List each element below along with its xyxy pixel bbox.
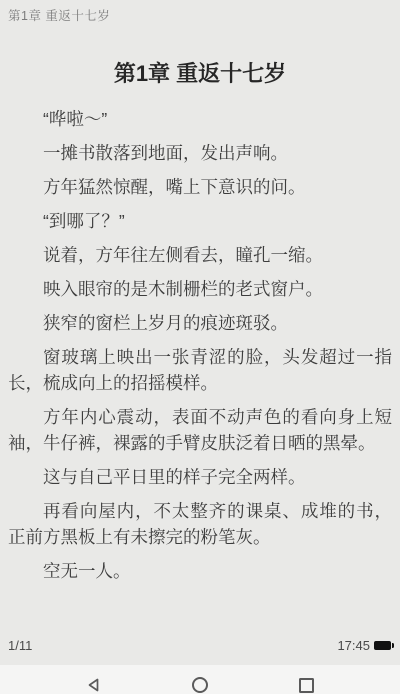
recents-square-icon	[299, 678, 314, 693]
paragraph: 一摊书散落到地面，发出声响。	[8, 140, 392, 166]
paragraph: 再看向屋内，不太整齐的课桌、成堆的书，正前方黑板上有未擦完的粉笔灰。	[8, 498, 392, 550]
home-circle-icon	[192, 677, 208, 693]
chapter-title: 第1章 重返十七岁	[8, 60, 392, 88]
paragraph: “哗啦～”	[8, 106, 392, 132]
paragraph: “到哪了？”	[8, 208, 392, 234]
back-button[interactable]	[82, 673, 106, 693]
reading-area[interactable]: 第1章 重返十七岁 第1章 重返十七岁 “哗啦～”一摊书散落到地面，发出声响。方…	[0, 0, 400, 665]
paragraph: 映入眼帘的是木制栅栏的老式窗户。	[8, 276, 392, 302]
back-triangle-icon	[86, 677, 102, 693]
paragraph: 这与自己平日里的样子完全两样。	[8, 464, 392, 490]
recents-button[interactable]	[294, 673, 318, 693]
paragraph: 空无一人。	[8, 558, 392, 584]
android-navigation-bar	[0, 665, 400, 694]
chapter-body: “哗啦～”一摊书散落到地面，发出声响。方年猛然惊醒，嘴上下意识的问。“到哪了？”…	[8, 106, 392, 584]
battery-icon	[374, 641, 391, 650]
reader-footer: 1/11 17:45	[8, 638, 394, 653]
chapter-header: 第1章 重返十七岁	[8, 8, 392, 24]
paragraph: 方年内心震动，表面不动声色的看向身上短袖，牛仔裤，裸露的手臂皮肤泛着日晒的黑晕。	[8, 404, 392, 456]
paragraph: 说着，方年往左侧看去，瞳孔一缩。	[8, 242, 392, 268]
reader-screen: 第1章 重返十七岁 第1章 重返十七岁 “哗啦～”一摊书散落到地面，发出声响。方…	[0, 0, 400, 694]
paragraph: 狭窄的窗栏上岁月的痕迹斑驳。	[8, 310, 392, 336]
battery-nub	[392, 643, 395, 648]
paragraph: 方年猛然惊醒，嘴上下意识的问。	[8, 174, 392, 200]
paragraph: 窗玻璃上映出一张青涩的脸，头发超过一指长，梳成向上的招摇模样。	[8, 344, 392, 396]
home-button[interactable]	[188, 673, 212, 693]
clock: 17:45	[337, 638, 370, 653]
page-indicator: 1/11	[8, 638, 32, 653]
footer-status: 17:45	[337, 638, 394, 653]
